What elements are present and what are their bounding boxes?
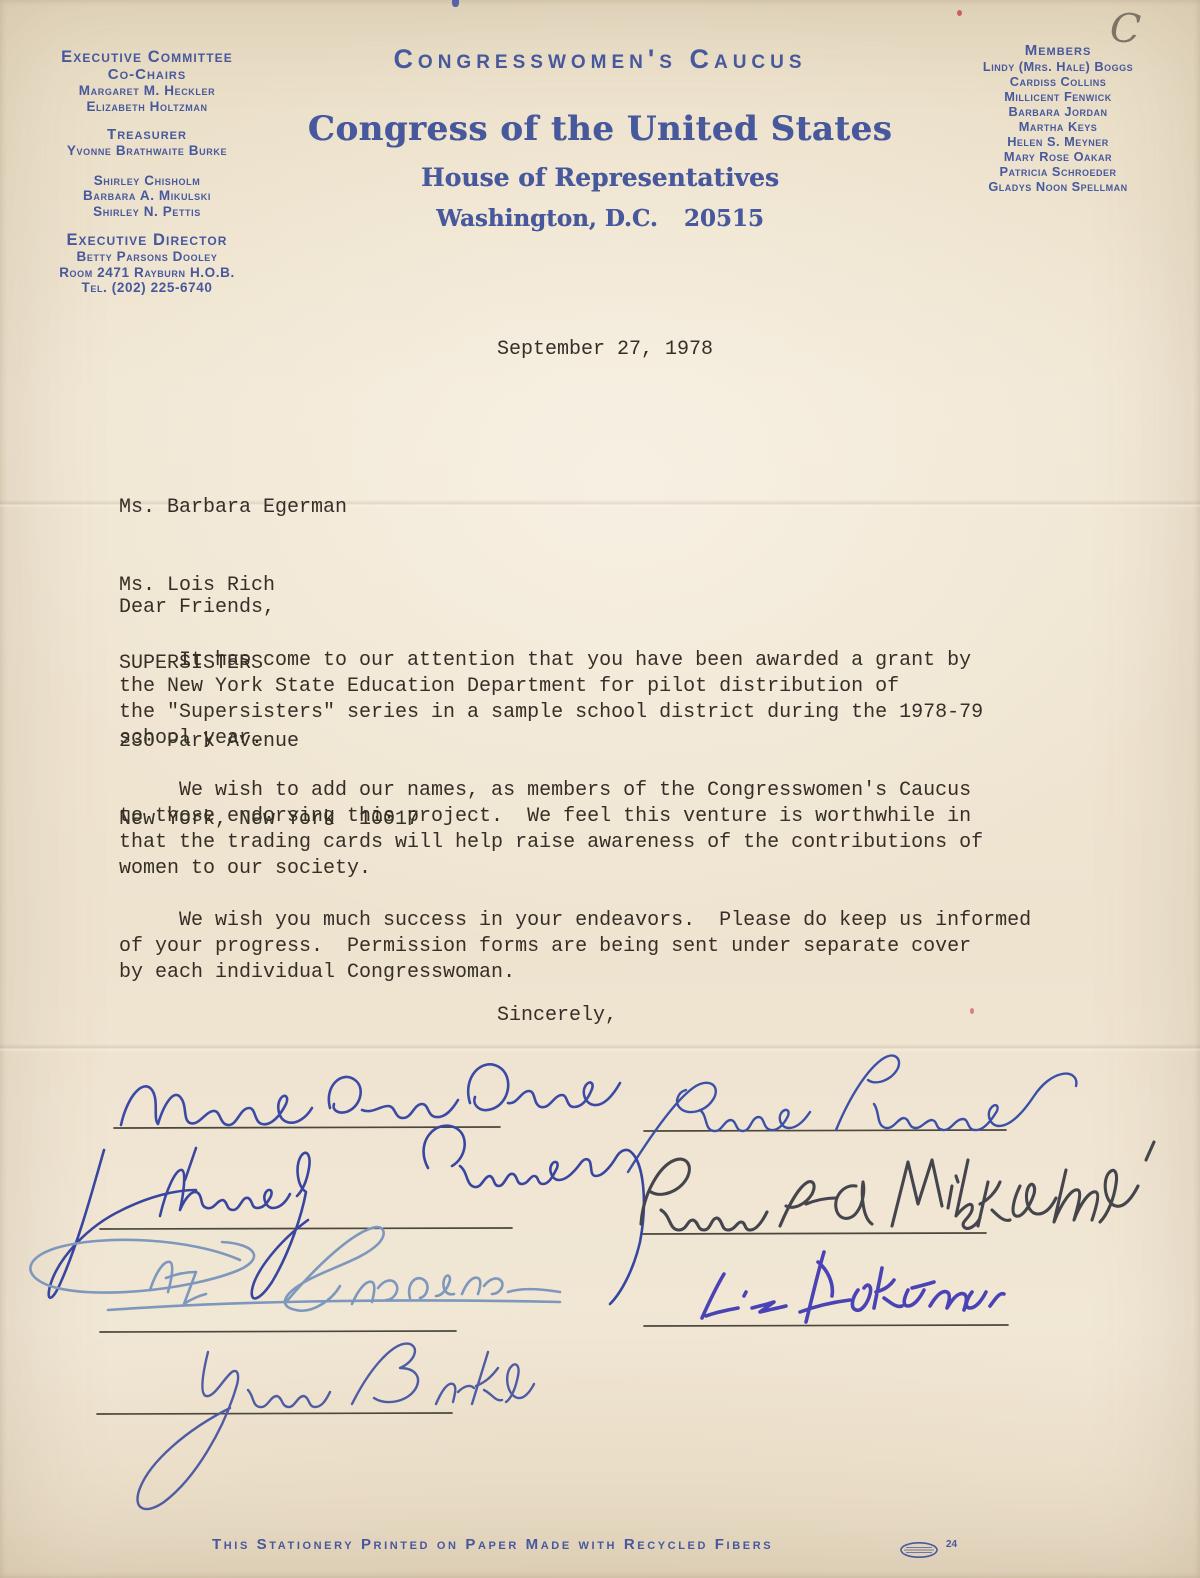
treasurer-name: Yvonne Brathwaite Burke <box>40 143 254 159</box>
recipient-line: Ms. Barbara Egerman <box>119 495 419 521</box>
paragraph: We wish to add our names, as members of … <box>119 778 983 882</box>
signature-yvonne-burke <box>137 1344 534 1509</box>
member-name: Barbara Jordan <box>948 104 1168 119</box>
city-name: Washington, D.C. <box>436 205 658 232</box>
co-chairs-title: Co-Chairs <box>40 66 254 83</box>
signature-mary-rose-oakar <box>121 1064 620 1125</box>
zip-code: 20515 <box>684 205 764 232</box>
treasurer-title: Treasurer <box>40 126 254 143</box>
co-chair-name: Margaret M. Heckler <box>40 83 254 99</box>
member-name: Lindy (Mrs. Hale) Boggs <box>948 59 1168 74</box>
paper-crease-lower <box>0 1044 1200 1052</box>
co-chair-name: Elizabeth Holtzman <box>40 99 254 115</box>
executive-director-title: Executive Director <box>40 231 254 249</box>
executive-director-room: Room 2471 Rayburn H.O.B. <box>40 265 254 281</box>
caucus-name: Congresswomen's Caucus <box>290 44 910 75</box>
chamber-name: House of Representatives <box>290 163 910 192</box>
org-name: Congress of the United States <box>290 109 910 149</box>
city-zip-line: Washington, D.C.20515 <box>290 205 910 232</box>
paragraph: It has come to our attention that you ha… <box>119 648 983 752</box>
ink-speck <box>970 1008 974 1014</box>
closing: Sincerely, <box>497 1003 617 1029</box>
member-name: Helen S. Meyner <box>948 134 1168 149</box>
recycled-paper-notice: This Stationery Printed on Paper Made wi… <box>212 1536 773 1553</box>
paragraph: We wish you much success in your endeavo… <box>119 908 1031 986</box>
salutation: Dear Friends, <box>119 595 275 621</box>
committee-member-name: Barbara A. Mikulski <box>40 188 254 204</box>
letter-page: C Executive Committee Co-Chairs Margaret… <box>0 0 1200 1578</box>
executive-director-name: Betty Parsons Dooley <box>40 249 254 265</box>
committee-member-name: Shirley Chisholm <box>40 173 254 189</box>
signature-barbara-mikulski <box>641 1142 1154 1230</box>
executive-committee-title: Executive Committee <box>40 48 254 66</box>
letterhead-center: Congresswomen's Caucus Congress of the U… <box>290 44 910 232</box>
member-name: Patricia Schroeder <box>948 164 1168 179</box>
member-name: Gladys Noon Spellman <box>948 179 1168 194</box>
members-title: Members <box>948 42 1168 59</box>
executive-director-phone: Tel. (202) 225-6740 <box>40 280 254 296</box>
letter-date: September 27, 1978 <box>497 337 713 363</box>
member-name: Martha Keys <box>948 119 1168 134</box>
signature-gladys-spellman <box>628 1056 1076 1172</box>
member-name: Mary Rose Oakar <box>948 149 1168 164</box>
signature-liz-holtzman <box>702 1252 1004 1322</box>
ink-speck <box>452 0 459 7</box>
union-bug-icon <box>899 1541 943 1559</box>
ink-speck <box>957 10 962 16</box>
letterhead-left-column: Executive Committee Co-Chairs Margaret M… <box>40 48 254 296</box>
union-bug-number: 24 <box>946 1539 957 1550</box>
signature-pat-schroeder <box>30 1227 560 1311</box>
member-name: Millicent Fenwick <box>948 89 1168 104</box>
letterhead-right-column: Members Lindy (Mrs. Hale) Boggs Cardiss … <box>948 42 1168 194</box>
committee-member-name: Shirley N. Pettis <box>40 204 254 220</box>
signature-shirley-chisholm <box>49 1126 644 1304</box>
member-name: Cardiss Collins <box>948 74 1168 89</box>
signature-lines <box>97 1127 1008 1414</box>
